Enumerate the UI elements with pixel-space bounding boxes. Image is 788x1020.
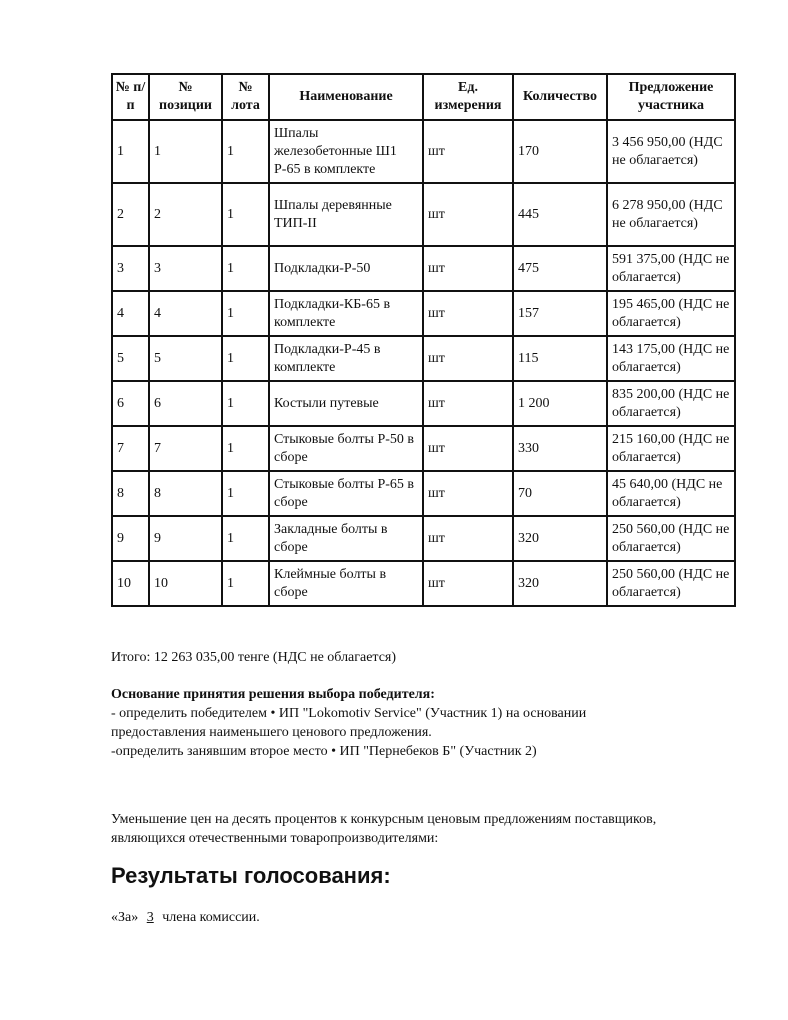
quantity-cell: 157 [513, 291, 607, 336]
item-name-cell: Клеймные болты в сборе [269, 561, 423, 606]
decision-basis-winner: - определить победителем • ИП "Lokomotiv… [111, 704, 671, 742]
position-number-cell: 8 [149, 471, 222, 516]
vote-for-suffix: члена комиссии. [162, 910, 260, 925]
item-name-cell: Шпалы железобетонные Ш1 Р-65 в комплекте [269, 120, 423, 183]
unit-cell: шт [423, 426, 513, 471]
lot-number-cell: 1 [222, 471, 269, 516]
offer-cell: 250 560,00 (НДС не облагается) [607, 561, 735, 606]
header-unit: Ед. измерения [423, 74, 513, 120]
row-number-cell: 10 [112, 561, 149, 606]
table-row: 221Шпалы деревянные ТИП-IIшт4456 278 950… [112, 183, 735, 246]
document-page: № п/п № позиции № лота Наименование Ед. … [0, 0, 788, 1020]
lot-number-cell: 1 [222, 336, 269, 381]
unit-cell: шт [423, 516, 513, 561]
offer-cell: 6 278 950,00 (НДС не облагается) [607, 183, 735, 246]
offer-cell: 195 465,00 (НДС не облагается) [607, 291, 735, 336]
unit-cell: шт [423, 291, 513, 336]
table-row: 551Подкладки-Р-45 в комплектешт115143 17… [112, 336, 735, 381]
row-number-cell: 9 [112, 516, 149, 561]
offer-cell: 835 200,00 (НДС не облагается) [607, 381, 735, 426]
table-header-row: № п/п № позиции № лота Наименование Ед. … [112, 74, 735, 120]
vote-for-label: «За» [111, 910, 138, 925]
voting-results-heading: Результаты голосования: [111, 863, 391, 889]
row-number-cell: 4 [112, 291, 149, 336]
item-name-cell: Стыковые болты Р-50 в сборе [269, 426, 423, 471]
position-number-cell: 6 [149, 381, 222, 426]
row-number-cell: 1 [112, 120, 149, 183]
row-number-cell: 8 [112, 471, 149, 516]
quantity-cell: 320 [513, 561, 607, 606]
position-number-cell: 1 [149, 120, 222, 183]
header-name: Наименование [269, 74, 423, 120]
row-number-cell: 3 [112, 246, 149, 291]
item-name-cell: Подкладки-КБ-65 в комплекте [269, 291, 423, 336]
position-number-cell: 9 [149, 516, 222, 561]
decision-basis-second: -определить занявшим второе место • ИП "… [111, 742, 741, 761]
quantity-cell: 170 [513, 120, 607, 183]
item-name-cell: Шпалы деревянные ТИП-II [269, 183, 423, 246]
vote-for-count: 3 [142, 910, 159, 925]
offer-cell: 143 175,00 (НДС не облагается) [607, 336, 735, 381]
items-table: № п/п № позиции № лота Наименование Ед. … [111, 73, 736, 607]
unit-cell: шт [423, 183, 513, 246]
unit-cell: шт [423, 471, 513, 516]
lot-number-cell: 1 [222, 516, 269, 561]
table-row: 991Закладные болты в сборешт320250 560,0… [112, 516, 735, 561]
unit-cell: шт [423, 561, 513, 606]
header-quantity: Количество [513, 74, 607, 120]
header-position: № позиции [149, 74, 222, 120]
table-row: 771Стыковые болты Р-50 в сборешт330215 1… [112, 426, 735, 471]
lot-number-cell: 1 [222, 291, 269, 336]
row-number-cell: 7 [112, 426, 149, 471]
lot-number-cell: 1 [222, 426, 269, 471]
item-name-cell: Подкладки-Р-50 [269, 246, 423, 291]
header-lot: № лота [222, 74, 269, 120]
item-name-cell: Закладные болты в сборе [269, 516, 423, 561]
position-number-cell: 2 [149, 183, 222, 246]
vote-for-line: «За» 3 члена комиссии. [111, 908, 741, 927]
offer-cell: 215 160,00 (НДС не облагается) [607, 426, 735, 471]
quantity-cell: 445 [513, 183, 607, 246]
price-reduction-note: Уменьшение цен на десять процентов к кон… [111, 810, 731, 848]
quantity-cell: 320 [513, 516, 607, 561]
table-row: 111Шпалы железобетонные Ш1 Р-65 в компле… [112, 120, 735, 183]
lot-number-cell: 1 [222, 381, 269, 426]
item-name-cell: Подкладки-Р-45 в комплекте [269, 336, 423, 381]
offer-cell: 3 456 950,00 (НДС не облагается) [607, 120, 735, 183]
header-offer: Предложение участника [607, 74, 735, 120]
table-row: 441Подкладки-КБ-65 в комплектешт157195 4… [112, 291, 735, 336]
position-number-cell: 4 [149, 291, 222, 336]
lot-number-cell: 1 [222, 246, 269, 291]
decision-basis: Основание принятия решения выбора победи… [111, 685, 741, 761]
table-row: 331Подкладки-Р-50шт475591 375,00 (НДС не… [112, 246, 735, 291]
position-number-cell: 3 [149, 246, 222, 291]
position-number-cell: 7 [149, 426, 222, 471]
item-name-cell: Стыковые болты Р-65 в сборе [269, 471, 423, 516]
quantity-cell: 115 [513, 336, 607, 381]
table-row: 10101Клеймные болты в сборешт320250 560,… [112, 561, 735, 606]
item-name-cell: Костыли путевые [269, 381, 423, 426]
row-number-cell: 6 [112, 381, 149, 426]
position-number-cell: 5 [149, 336, 222, 381]
position-number-cell: 10 [149, 561, 222, 606]
row-number-cell: 2 [112, 183, 149, 246]
quantity-cell: 1 200 [513, 381, 607, 426]
row-number-cell: 5 [112, 336, 149, 381]
table-row: 881Стыковые болты Р-65 в сборешт7045 640… [112, 471, 735, 516]
quantity-cell: 330 [513, 426, 607, 471]
lot-number-cell: 1 [222, 183, 269, 246]
offer-cell: 45 640,00 (НДС не облагается) [607, 471, 735, 516]
decision-basis-title: Основание принятия решения выбора победи… [111, 685, 741, 704]
header-np: № п/п [112, 74, 149, 120]
lot-number-cell: 1 [222, 561, 269, 606]
unit-cell: шт [423, 336, 513, 381]
table-row: 661Костыли путевыешт1 200835 200,00 (НДС… [112, 381, 735, 426]
total-line: Итого: 12 263 035,00 тенге (НДС не облаг… [111, 648, 741, 667]
unit-cell: шт [423, 246, 513, 291]
offer-cell: 591 375,00 (НДС не облагается) [607, 246, 735, 291]
unit-cell: шт [423, 120, 513, 183]
quantity-cell: 70 [513, 471, 607, 516]
unit-cell: шт [423, 381, 513, 426]
offer-cell: 250 560,00 (НДС не облагается) [607, 516, 735, 561]
quantity-cell: 475 [513, 246, 607, 291]
lot-number-cell: 1 [222, 120, 269, 183]
